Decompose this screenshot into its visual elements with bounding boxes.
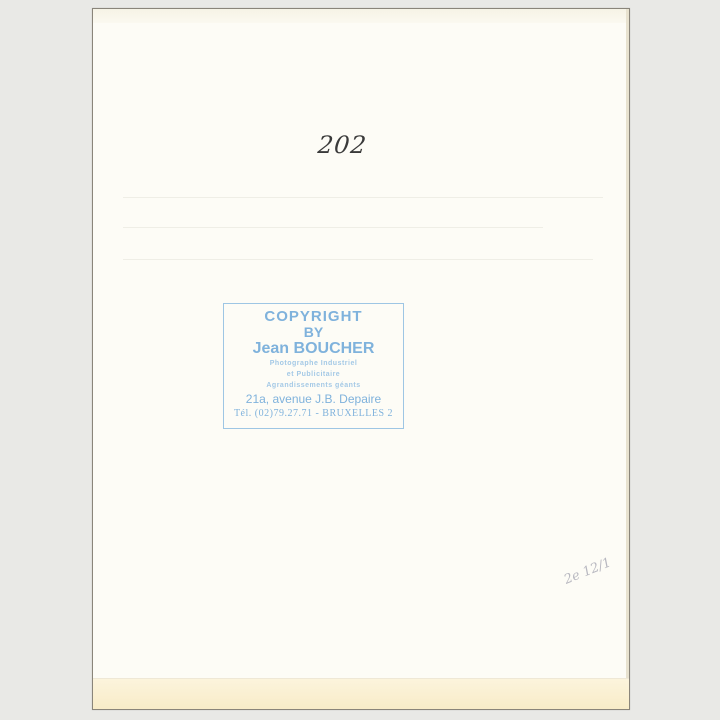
- stamp-profession: Photographe Industriel: [224, 358, 403, 369]
- stamp-phone-city: Tél. (02)79.27.71 - BRUXELLES 2: [224, 407, 403, 420]
- handwritten-number: 202: [317, 131, 369, 159]
- stamp-services: Agrandissements géants: [224, 380, 403, 391]
- stamp-profession-2: et Publicitaire: [224, 369, 403, 380]
- stamp-photographer-name: Jean BOUCHER: [224, 340, 403, 358]
- pencil-note: 2e 12/1: [562, 555, 613, 587]
- copyright-stamp: COPYRIGHT BY Jean BOUCHER Photographe In…: [223, 303, 404, 429]
- right-edge: [626, 9, 629, 709]
- show-through-line: [123, 227, 543, 228]
- stamp-copyright: COPYRIGHT: [224, 309, 403, 325]
- show-through-line: [123, 259, 593, 260]
- stamp-by: BY: [224, 325, 403, 340]
- show-through-line: [123, 197, 603, 198]
- bottom-yellowed-band: [93, 678, 629, 709]
- photo-back-paper: 202 COPYRIGHT BY Jean BOUCHER Photograph…: [92, 8, 630, 710]
- top-edge-band: [93, 9, 629, 23]
- stamp-address: 21a, avenue J.B. Depaire: [224, 392, 403, 407]
